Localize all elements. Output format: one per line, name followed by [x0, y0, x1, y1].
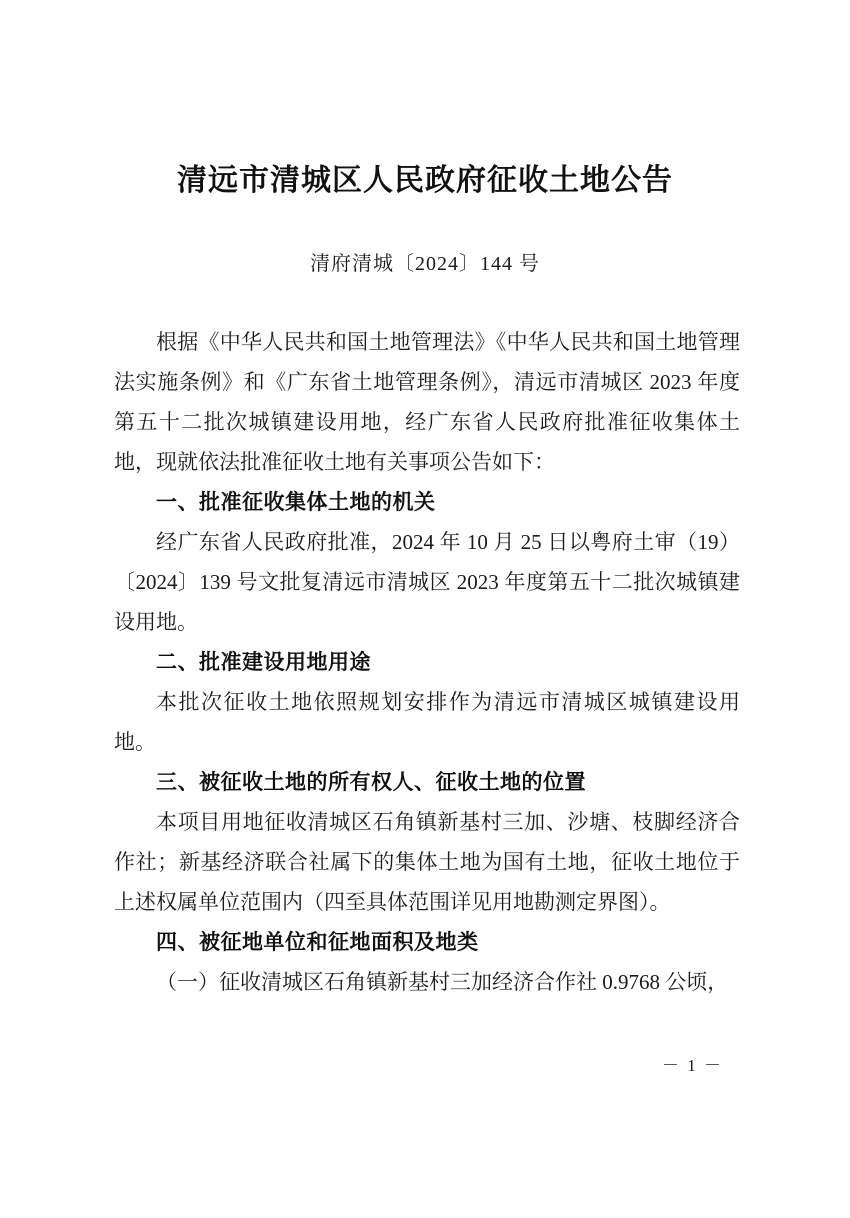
paragraph: 经广东省人民政府批准，2024 年 10 月 25 日以粤府土审（19）〔202…: [114, 522, 740, 642]
section-heading: 三、被征收土地的所有权人、征收土地的位置: [114, 762, 740, 802]
paragraph: 本批次征收土地依照规划安排作为清远市清城区城镇建设用地。: [114, 682, 740, 762]
section-heading: 二、批准建设用地用途: [114, 642, 740, 682]
section-heading: 一、批准征收集体土地的机关: [114, 482, 740, 522]
document-number: 清府清城〔2024〕144 号: [0, 249, 850, 279]
document-body: 根据《中华人民共和国土地管理法》《中华人民共和国土地管理法实施条例》和《广东省土…: [114, 322, 740, 1002]
paragraph: 本项目用地征收清城区石角镇新基村三加、沙塘、枝脚经济合作社；新基经济联合社属下的…: [114, 802, 740, 922]
document-title: 清远市清城区人民政府征收土地公告: [0, 160, 850, 202]
document-page: 清远市清城区人民政府征收土地公告 清府清城〔2024〕144 号 根据《中华人民…: [0, 0, 850, 1218]
page-number: － 1 －: [662, 1054, 723, 1078]
section-heading: 四、被征地单位和征地面积及地类: [114, 922, 740, 962]
paragraph: 根据《中华人民共和国土地管理法》《中华人民共和国土地管理法实施条例》和《广东省土…: [114, 322, 740, 482]
paragraph: （一）征收清城区石角镇新基村三加经济合作社 0.9768 公顷，: [114, 962, 740, 1002]
